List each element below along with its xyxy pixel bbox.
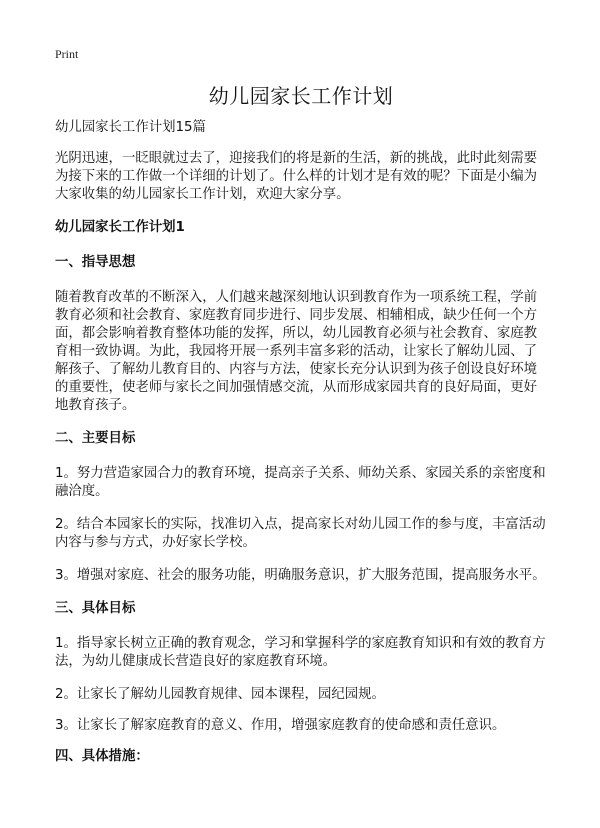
section-heading-specific-measures: 四、具体措施：	[55, 748, 547, 766]
plan-heading: 幼儿园家长工作计划1	[55, 219, 547, 237]
section-heading-specific-goals: 三、具体目标	[55, 600, 547, 618]
section-heading-main-goals: 二、主要目标	[55, 430, 547, 448]
specific-goal-item: 1。指导家长树立正确的教育观念，学习和掌握科学的家庭教育知识和有效的教育方法，为…	[55, 635, 547, 671]
document-subtitle: 幼儿园家长工作计划15篇	[55, 119, 547, 137]
section-heading-guiding-ideology: 一、指导思想	[55, 254, 547, 272]
intro-paragraph: 光阴迅速，一眨眼就过去了，迎接我们的将是新的生活，新的挑战，此时此刻需要为接下来…	[55, 150, 547, 204]
print-label: Print	[55, 47, 78, 62]
document-body: 幼儿园家长工作计划15篇 光阴迅速，一眨眼就过去了，迎接我们的将是新的生活，新的…	[55, 119, 547, 783]
specific-goal-item: 2。让家长了解幼儿园教育规律、园本课程，园纪园规。	[55, 686, 547, 704]
guiding-ideology-paragraph: 随着教育改革的不断深入，人们越来越深刻地认识到教育作为一项系统工程，学前教育必须…	[55, 289, 547, 415]
main-goal-item: 3。增强对家庭、社会的服务功能，明确服务意识，扩大服务范围，提高服务水平。	[55, 567, 547, 585]
document-title: 幼儿园家长工作计划	[55, 80, 547, 109]
specific-goal-item: 3。让家长了解家庭教育的意义、作用，增强家庭教育的使命感和责任意识。	[55, 717, 547, 735]
main-goal-item: 1。努力营造家园合力的教育环境，提高亲子关系、师幼关系、家园关系的亲密度和融洽度…	[55, 465, 547, 501]
main-goal-item: 2。结合本园家长的实际，找准切入点，提高家长对幼儿园工作的参与度，丰富活动内容与…	[55, 516, 547, 552]
